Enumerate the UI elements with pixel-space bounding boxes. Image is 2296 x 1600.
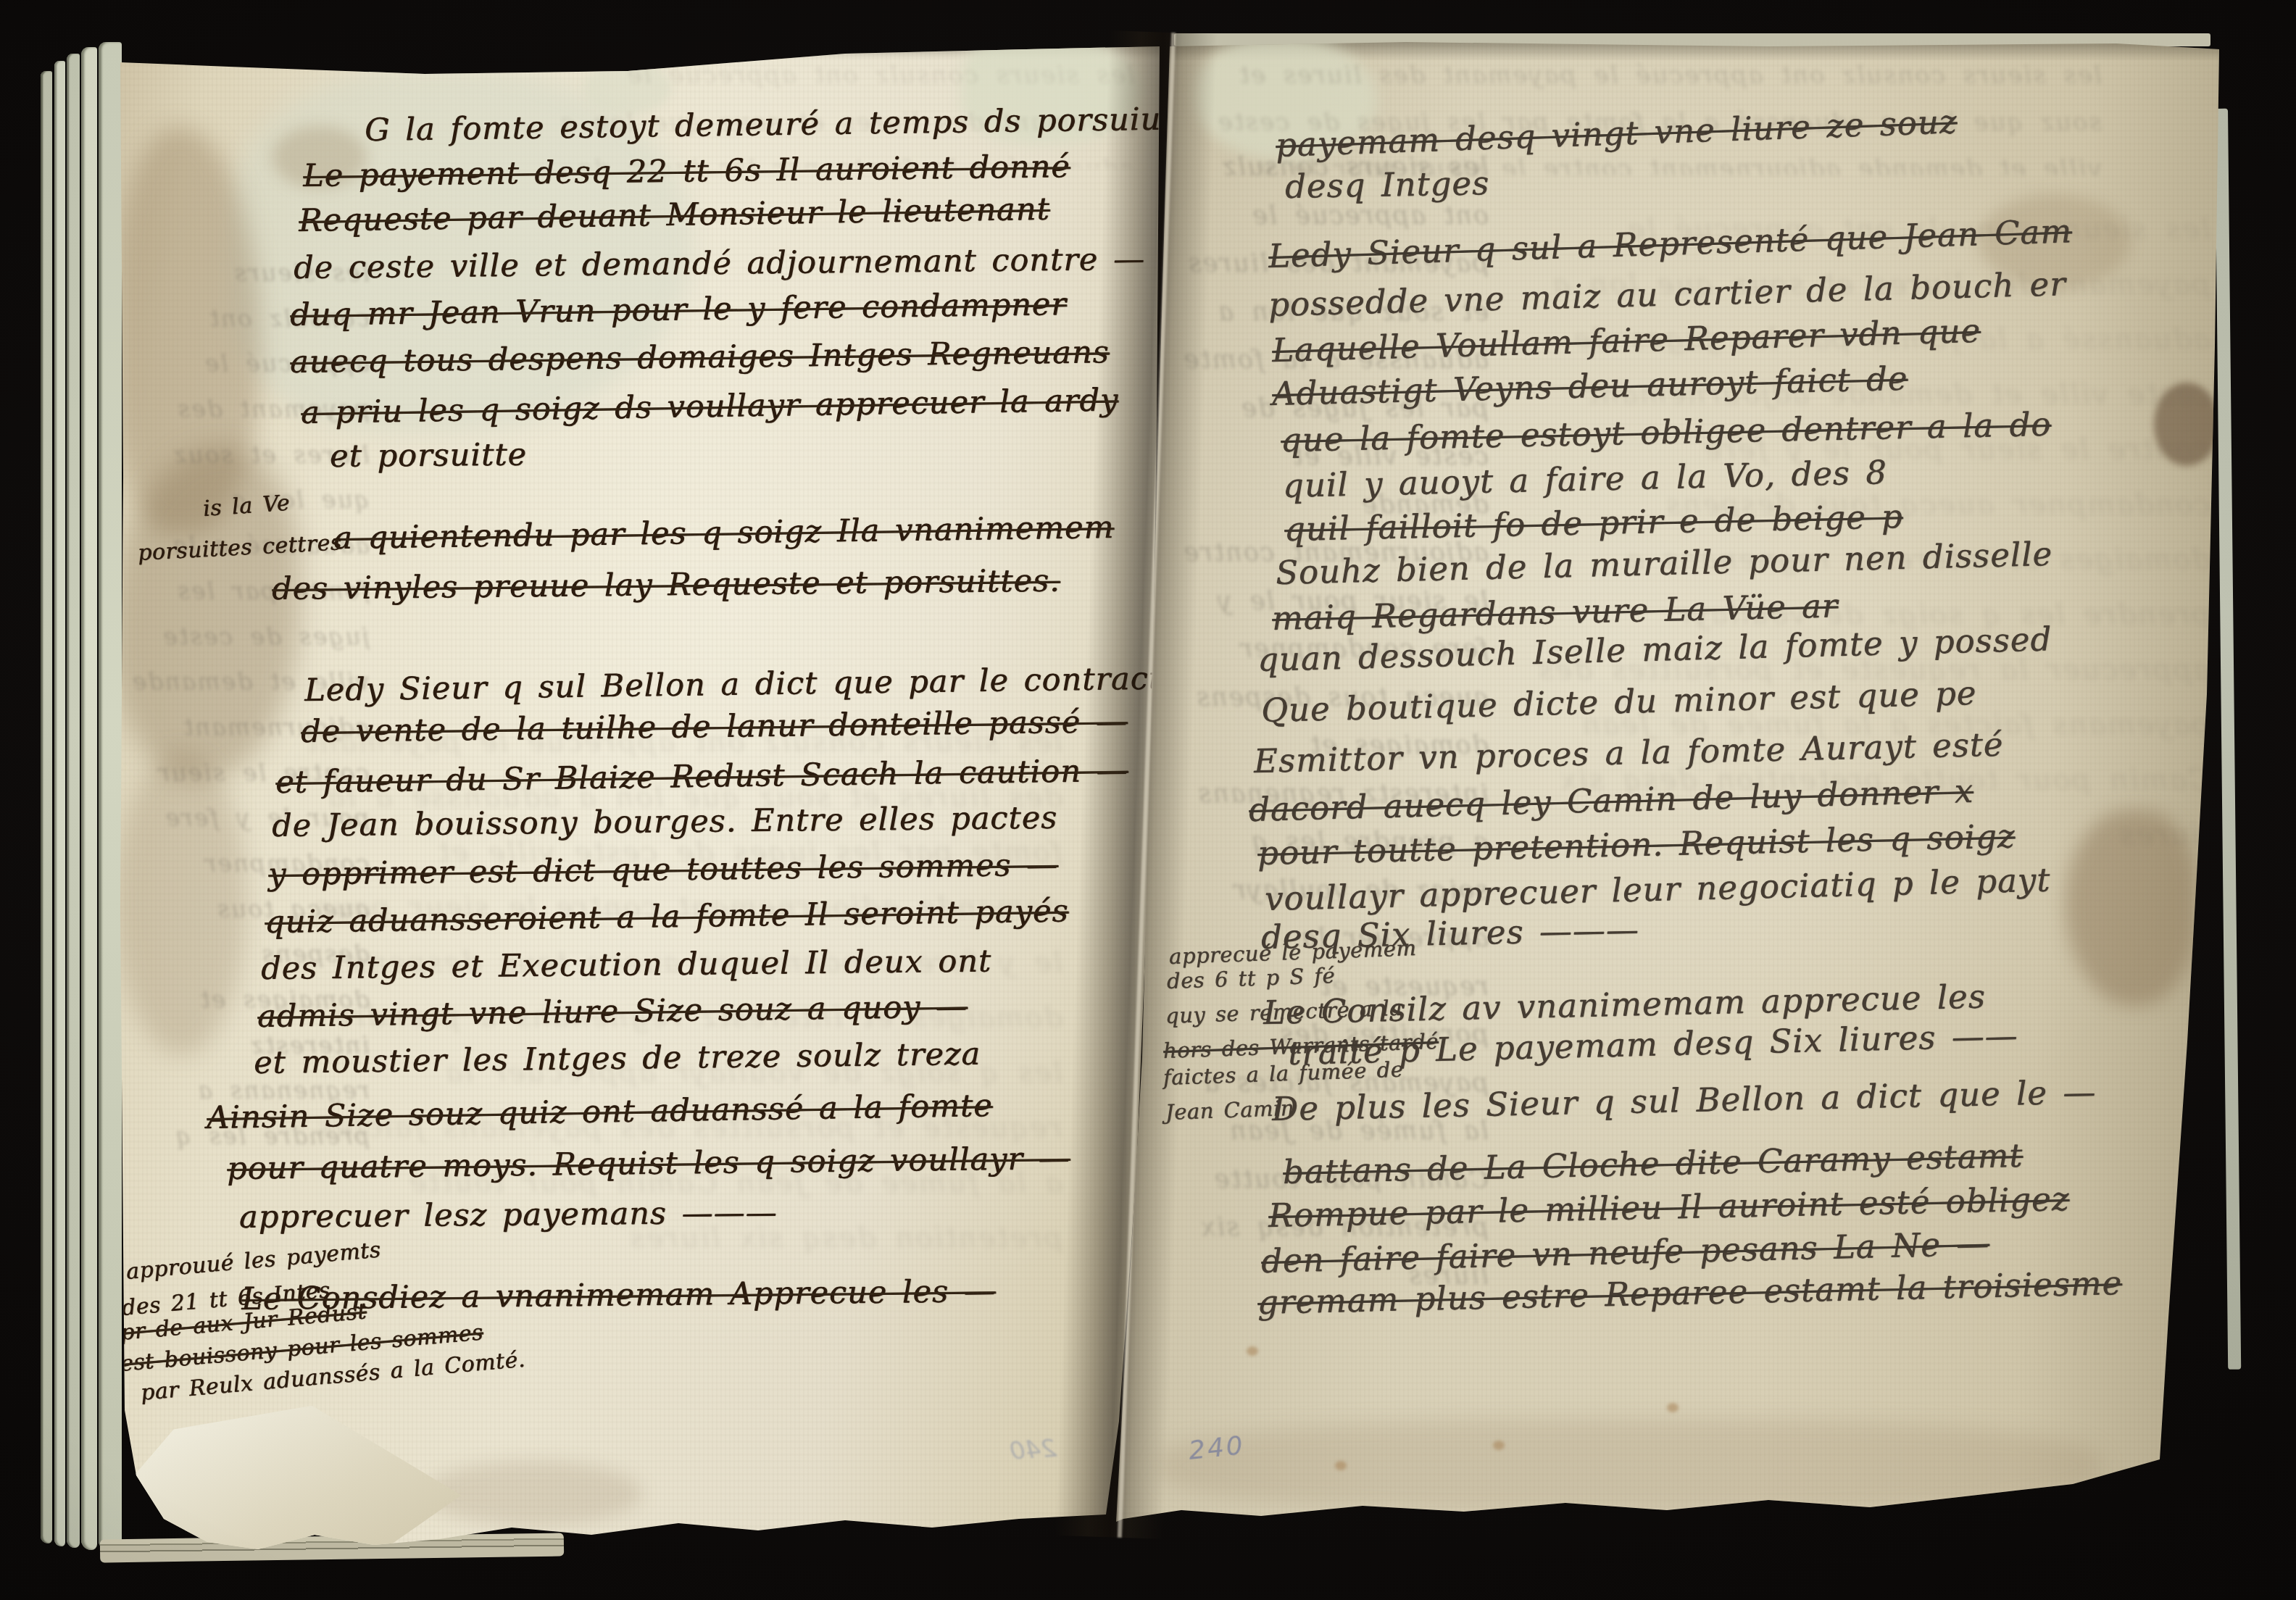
margin-note: Jean Camin <box>1165 1096 1294 1125</box>
folio-number: 240 <box>1187 1430 1247 1466</box>
margin-note: des 6 tt p S fé <box>1166 963 1335 993</box>
right-page-margin-notes: apprecué le payememdes 6 tt p S féquy se… <box>1116 42 2225 1528</box>
page-edge-right <box>2215 109 2241 1370</box>
page-edge <box>99 42 122 1551</box>
margin-note: approuué les payemts <box>125 1237 381 1285</box>
right-page: les sieurs consulz ont apprecué le payem… <box>1116 42 2225 1528</box>
book-photo: les sieurs consulz ont apprecué le payem… <box>0 0 2296 1600</box>
page-edge <box>81 47 97 1550</box>
left-page-bottom-notes: approuué les payemtsdes 21 tt 6s Intespr… <box>120 41 1168 1554</box>
page-edge <box>41 71 52 1543</box>
margin-note: quy se remectre a la <box>1165 996 1402 1028</box>
page-edge <box>67 54 80 1548</box>
left-page: les sieurs consulz ont apprecué le payem… <box>120 41 1168 1554</box>
ghost-folio-number: 240 <box>1009 1434 1058 1466</box>
page-edge <box>54 61 65 1546</box>
